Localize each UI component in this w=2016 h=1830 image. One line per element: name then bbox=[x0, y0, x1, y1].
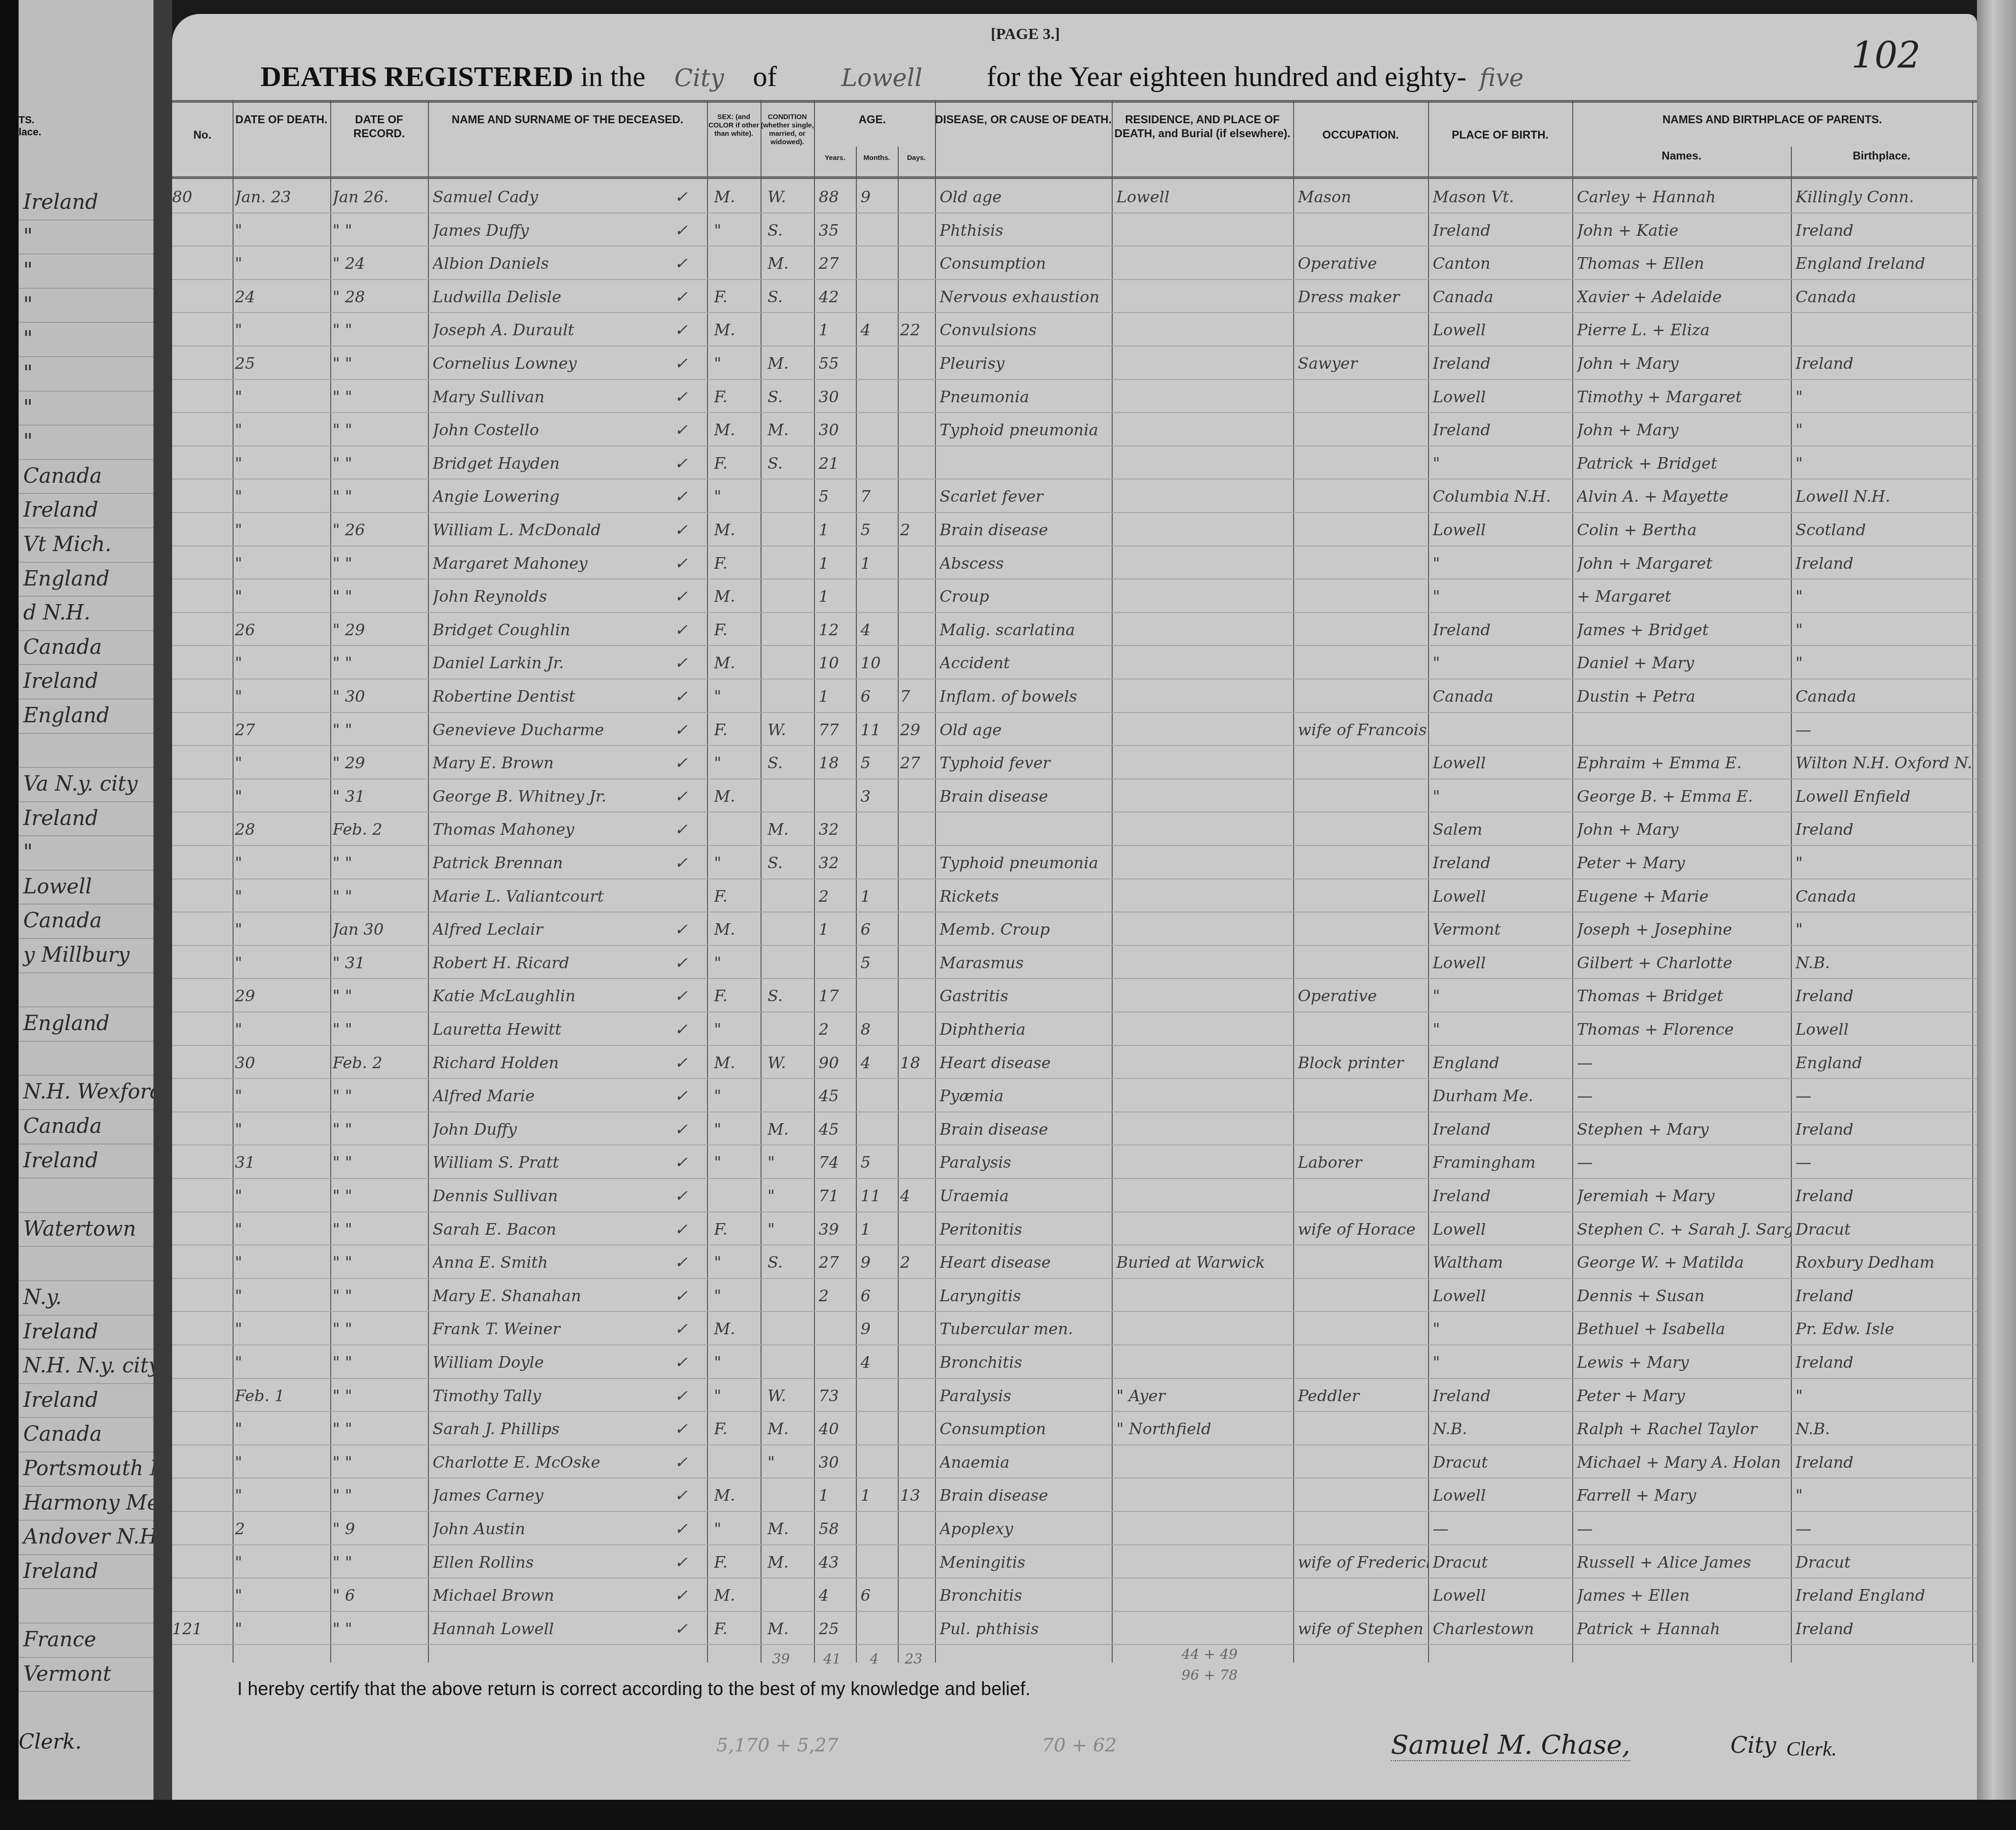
table-header: No. DATE OF DEATH. DATE OF RECORD. NAME … bbox=[172, 100, 1977, 179]
record-residence bbox=[1116, 745, 1293, 779]
record-age-years: 71 bbox=[819, 1178, 856, 1211]
record-name: Sarah E. Bacon bbox=[433, 1211, 670, 1245]
table-row: 27" "Genevieve Ducharme✓F.W.771129Old ag… bbox=[172, 712, 1977, 746]
previous-page-entry: " bbox=[19, 289, 154, 323]
record-sex: " bbox=[714, 1111, 761, 1145]
record-date-of-record: " " bbox=[333, 1278, 426, 1311]
record-parents-birthplace: Dracut bbox=[1796, 1544, 1972, 1578]
record-name: Katie McLaughlin bbox=[433, 978, 670, 1011]
header-date-of-death: DATE OF DEATH. bbox=[233, 113, 330, 127]
total-days: 23 bbox=[905, 1651, 922, 1667]
record-name: James Carney bbox=[433, 1477, 670, 1511]
record-sex: " bbox=[714, 1344, 761, 1378]
municipality-type: City bbox=[653, 64, 746, 92]
record-check-mark bbox=[674, 878, 702, 912]
record-condition bbox=[768, 645, 814, 679]
residence-tally-1: 44 + 49 bbox=[1182, 1646, 1238, 1663]
record-date-of-record: " 9 bbox=[333, 1511, 426, 1544]
record-age-days bbox=[900, 279, 935, 313]
record-name: William L. McDonald bbox=[433, 512, 670, 546]
signature-title-city: City bbox=[1730, 1732, 1776, 1758]
record-occupation: Block printer bbox=[1298, 1045, 1428, 1078]
record-place-of-birth: Lowell bbox=[1433, 1477, 1572, 1511]
record-date-of-death: " bbox=[235, 1444, 328, 1478]
record-condition: " bbox=[768, 1145, 814, 1178]
record-age-days bbox=[900, 1311, 935, 1344]
record-sex: F. bbox=[714, 612, 761, 645]
table-row: "Jan 30Alfred Leclair✓M.16Memb. CroupVer… bbox=[172, 912, 1977, 946]
table-row: "" "James Carney✓M.1113Brain diseaseLowe… bbox=[172, 1477, 1977, 1512]
record-age-months: 8 bbox=[861, 1011, 898, 1045]
header-parents-birthplace: Birthplace. bbox=[1791, 149, 1972, 163]
record-check-mark: ✓ bbox=[674, 645, 702, 679]
record-check-mark: ✓ bbox=[674, 1178, 702, 1211]
record-no bbox=[172, 912, 233, 945]
municipality-name: Lowell bbox=[784, 64, 980, 92]
record-date-of-record: " " bbox=[333, 1611, 426, 1644]
record-parents-birthplace: Canada bbox=[1796, 279, 1972, 313]
record-age-months: 4 bbox=[861, 312, 898, 346]
record-residence bbox=[1116, 412, 1293, 446]
record-parents-birthplace: Lowell Enfield bbox=[1796, 779, 1972, 812]
record-age-days bbox=[900, 779, 935, 812]
record-sex: F. bbox=[714, 878, 761, 912]
record-no bbox=[172, 1211, 233, 1245]
record-condition: W. bbox=[768, 179, 814, 213]
record-occupation bbox=[1298, 412, 1428, 446]
record-occupation bbox=[1298, 1577, 1428, 1611]
record-disease: Paralysis bbox=[940, 1145, 1112, 1178]
record-age-days bbox=[900, 346, 935, 379]
record-name: Alfred Leclair bbox=[433, 912, 670, 945]
record-parents-birthplace bbox=[1796, 312, 1972, 346]
record-occupation: Operative bbox=[1298, 246, 1428, 279]
record-date-of-death: " bbox=[235, 645, 328, 679]
record-sex: M. bbox=[714, 912, 761, 945]
record-parents-names: Lewis + Mary bbox=[1577, 1344, 1791, 1378]
record-check-mark: ✓ bbox=[674, 1111, 702, 1145]
record-no bbox=[172, 978, 233, 1011]
record-name: Marie L. Valiantcourt bbox=[433, 878, 670, 912]
record-parents-birthplace: Ireland bbox=[1796, 1344, 1972, 1378]
title-prefix: DEATHS REGISTERED bbox=[260, 61, 573, 93]
clerk-signature: Samuel M. Chase, bbox=[1391, 1730, 1630, 1761]
record-disease: Apoplexy bbox=[940, 1511, 1112, 1544]
record-place-of-birth: " bbox=[1433, 446, 1572, 479]
record-name: Ludwilla Delisle bbox=[433, 279, 670, 313]
previous-page-entry: " bbox=[19, 392, 154, 426]
record-name: William Doyle bbox=[433, 1344, 670, 1378]
record-date-of-death: " bbox=[235, 1544, 328, 1578]
record-disease bbox=[940, 446, 1112, 479]
record-residence: " Ayer bbox=[1116, 1378, 1293, 1411]
record-parents-names: Michael + Mary A. Holan bbox=[1577, 1444, 1791, 1478]
record-age-days bbox=[900, 1211, 935, 1245]
previous-page-entry: Ireland bbox=[19, 1555, 154, 1590]
record-parents-names: Dennis + Susan bbox=[1577, 1278, 1791, 1311]
record-residence bbox=[1116, 945, 1293, 978]
record-name: Lauretta Hewitt bbox=[433, 1011, 670, 1045]
record-place-of-birth: Ireland bbox=[1433, 213, 1572, 246]
record-no bbox=[172, 579, 233, 612]
record-no bbox=[172, 1511, 233, 1544]
record-parents-birthplace: England bbox=[1796, 1045, 1972, 1078]
record-age-years: 2 bbox=[819, 1278, 856, 1311]
record-condition: W. bbox=[768, 712, 814, 745]
table-row: Feb. 1" "Timothy Tally✓"W.73Paralysis" A… bbox=[172, 1378, 1977, 1412]
record-age-days bbox=[900, 1378, 935, 1411]
record-date-of-record: " " bbox=[333, 579, 426, 612]
record-parents-names: Dustin + Petra bbox=[1577, 679, 1791, 712]
record-occupation: wife of Stephen bbox=[1298, 1611, 1428, 1644]
record-place-of-birth: " bbox=[1433, 779, 1572, 812]
record-residence bbox=[1116, 812, 1293, 845]
record-age-years: 55 bbox=[819, 346, 856, 379]
record-residence bbox=[1116, 379, 1293, 413]
table-row: "" "James Duffy✓"S.35PhthisisIrelandJohn… bbox=[172, 213, 1977, 247]
record-place-of-birth: " bbox=[1433, 1011, 1572, 1045]
record-occupation bbox=[1298, 745, 1428, 779]
record-disease: Meningitis bbox=[940, 1544, 1112, 1578]
record-condition: M. bbox=[768, 346, 814, 379]
record-occupation bbox=[1298, 512, 1428, 546]
record-check-mark: ✓ bbox=[674, 712, 702, 745]
record-parents-names: Farrell + Mary bbox=[1577, 1477, 1791, 1511]
record-date-of-record: " " bbox=[333, 412, 426, 446]
record-age-years: 88 bbox=[819, 179, 856, 213]
record-residence bbox=[1116, 679, 1293, 712]
record-name: John Reynolds bbox=[433, 579, 670, 612]
record-parents-birthplace: Ireland bbox=[1796, 1111, 1972, 1145]
previous-page-entry: Watertown bbox=[19, 1213, 154, 1247]
record-residence: Buried at Warwick bbox=[1116, 1244, 1293, 1278]
record-check-mark: ✓ bbox=[674, 1078, 702, 1111]
record-date-of-record: " " bbox=[333, 1444, 426, 1478]
record-residence bbox=[1116, 912, 1293, 945]
record-name: Joseph A. Durault bbox=[433, 312, 670, 346]
record-sex: " bbox=[714, 1378, 761, 1411]
record-disease: Typhoid fever bbox=[940, 745, 1112, 779]
record-date-of-death: " bbox=[235, 1111, 328, 1145]
previous-page-entry: Ireland bbox=[19, 1145, 154, 1179]
table-row: "" 29Mary E. Brown✓"S.18527Typhoid fever… bbox=[172, 745, 1977, 779]
record-condition: M. bbox=[768, 246, 814, 279]
record-disease: Brain disease bbox=[940, 512, 1112, 546]
previous-page-entry: Canada bbox=[19, 905, 154, 939]
record-age-months: 9 bbox=[861, 1311, 898, 1344]
record-residence bbox=[1116, 1444, 1293, 1478]
record-check-mark: ✓ bbox=[674, 1011, 702, 1045]
record-sex: " bbox=[714, 845, 761, 878]
record-condition bbox=[768, 1278, 814, 1311]
record-disease: Brain disease bbox=[940, 779, 1112, 812]
record-condition bbox=[768, 1477, 814, 1511]
record-parents-birthplace: Ireland bbox=[1796, 346, 1972, 379]
record-residence bbox=[1116, 1511, 1293, 1544]
record-condition bbox=[768, 1344, 814, 1378]
record-sex bbox=[714, 812, 761, 845]
record-age-years: 10 bbox=[819, 645, 856, 679]
table-row: "" "Mary Sullivan✓F.S.30PneumoniaLowellT… bbox=[172, 379, 1977, 413]
record-date-of-death: " bbox=[235, 1411, 328, 1444]
record-name: Robertine Dentist bbox=[433, 679, 670, 712]
record-residence bbox=[1116, 546, 1293, 579]
record-age-months: 4 bbox=[861, 1344, 898, 1378]
previous-page-entry: Harmony Me. bbox=[19, 1487, 154, 1521]
record-no bbox=[172, 745, 233, 779]
record-age-years: 45 bbox=[819, 1111, 856, 1145]
record-occupation bbox=[1298, 645, 1428, 679]
record-age-days: 22 bbox=[900, 312, 935, 346]
header-occupation: OCCUPATION. bbox=[1293, 128, 1428, 142]
record-place-of-birth: Mason Vt. bbox=[1433, 179, 1572, 213]
record-name: Angie Lowering bbox=[433, 479, 670, 512]
record-sex: " bbox=[714, 1511, 761, 1544]
record-condition: M. bbox=[768, 1544, 814, 1578]
record-parents-birthplace: " bbox=[1796, 845, 1972, 878]
record-sex: M. bbox=[714, 1311, 761, 1344]
record-age-years bbox=[819, 779, 856, 812]
record-residence bbox=[1116, 479, 1293, 512]
record-residence bbox=[1116, 1577, 1293, 1611]
record-condition bbox=[768, 512, 814, 546]
record-date-of-death: " bbox=[235, 412, 328, 446]
record-date-of-record: " " bbox=[333, 1311, 426, 1344]
table-row: 24" 28Ludwilla Delisle✓F.S.42Nervous exh… bbox=[172, 279, 1977, 313]
record-name: Charlotte E. McOske bbox=[433, 1444, 670, 1478]
record-residence bbox=[1116, 878, 1293, 912]
record-age-months bbox=[861, 246, 898, 279]
record-residence bbox=[1116, 1145, 1293, 1178]
record-disease bbox=[940, 812, 1112, 845]
record-age-days bbox=[900, 379, 935, 413]
record-condition: M. bbox=[768, 1111, 814, 1145]
record-no: 80 bbox=[172, 179, 233, 213]
record-date-of-death: " bbox=[235, 679, 328, 712]
record-place-of-birth: Framingham bbox=[1433, 1145, 1572, 1178]
record-parents-birthplace: " bbox=[1796, 912, 1972, 945]
record-parents-birthplace: Canada bbox=[1796, 878, 1972, 912]
record-age-days bbox=[900, 1278, 935, 1311]
record-name: John Duffy bbox=[433, 1111, 670, 1145]
record-age-months: 1 bbox=[861, 1477, 898, 1511]
record-check-mark: ✓ bbox=[674, 978, 702, 1011]
record-place-of-birth bbox=[1433, 712, 1572, 745]
record-sex: M. bbox=[714, 412, 761, 446]
table-row: 29" "Katie McLaughlin✓F.S.17GastritisOpe… bbox=[172, 978, 1977, 1012]
record-disease: Old age bbox=[940, 712, 1112, 745]
record-age-days bbox=[900, 612, 935, 645]
record-parents-names: Gilbert + Charlotte bbox=[1577, 945, 1791, 978]
record-parents-names: John + Mary bbox=[1577, 412, 1791, 446]
record-check-mark: ✓ bbox=[674, 1411, 702, 1444]
table-row: 80Jan. 23Jan 26.Samuel Cady✓M.W.889Old a… bbox=[172, 179, 1977, 213]
record-residence bbox=[1116, 645, 1293, 679]
record-parents-birthplace: Scotland bbox=[1796, 512, 1972, 546]
record-date-of-record: " " bbox=[333, 978, 426, 1011]
record-place-of-birth: N.B. bbox=[1433, 1411, 1572, 1444]
record-name: Albion Daniels bbox=[433, 246, 670, 279]
previous-page-entry: y Millbury bbox=[19, 939, 154, 973]
record-age-months: 6 bbox=[861, 1577, 898, 1611]
record-sex: F. bbox=[714, 978, 761, 1011]
record-no bbox=[172, 779, 233, 812]
record-date-of-record: " " bbox=[333, 712, 426, 745]
record-check-mark: ✓ bbox=[674, 1444, 702, 1478]
record-parents-birthplace: Dracut bbox=[1796, 1211, 1972, 1245]
previous-page-entry: Va N.y. city bbox=[19, 768, 154, 802]
record-check-mark: ✓ bbox=[674, 1145, 702, 1178]
record-parents-names: Timothy + Margaret bbox=[1577, 379, 1791, 413]
record-no bbox=[172, 312, 233, 346]
record-residence bbox=[1116, 213, 1293, 246]
record-check-mark: ✓ bbox=[674, 612, 702, 645]
previous-page-entry: France bbox=[19, 1624, 154, 1658]
record-disease: Heart disease bbox=[940, 1244, 1112, 1278]
record-parents-names: Stephen C. + Sarah J. Sargent bbox=[1577, 1211, 1791, 1245]
previous-page-header-line1: TS. bbox=[19, 114, 41, 126]
record-age-days: 2 bbox=[900, 1244, 935, 1278]
record-disease: Heart disease bbox=[940, 1045, 1112, 1078]
record-check-mark: ✓ bbox=[674, 412, 702, 446]
record-age-days bbox=[900, 1411, 935, 1444]
record-check-mark: ✓ bbox=[674, 346, 702, 379]
record-condition bbox=[768, 1011, 814, 1045]
record-disease: Bronchitis bbox=[940, 1344, 1112, 1378]
record-age-years: 43 bbox=[819, 1544, 856, 1578]
header-no: No. bbox=[172, 128, 233, 142]
record-occupation bbox=[1298, 779, 1428, 812]
record-age-days: 27 bbox=[900, 745, 935, 779]
record-residence bbox=[1116, 1178, 1293, 1211]
record-parents-birthplace: — bbox=[1796, 1511, 1972, 1544]
record-age-months bbox=[861, 213, 898, 246]
record-age-months: 5 bbox=[861, 512, 898, 546]
record-parents-names: Xavier + Adelaide bbox=[1577, 279, 1791, 313]
record-date-of-death: " bbox=[235, 1278, 328, 1311]
record-disease: Peritonitis bbox=[940, 1211, 1112, 1245]
record-parents-birthplace: " bbox=[1796, 612, 1972, 645]
record-disease: Brain disease bbox=[940, 1111, 1112, 1145]
table-row: "" "Ellen Rollins✓F.M.43Meningitiswife o… bbox=[172, 1544, 1977, 1579]
record-age-months: 5 bbox=[861, 1145, 898, 1178]
previous-page-entry: Vermont bbox=[19, 1658, 154, 1692]
table-row: "" "Sarah J. Phillips✓F.M.40Consumption"… bbox=[172, 1411, 1977, 1445]
record-age-years: 1 bbox=[819, 579, 856, 612]
record-parents-names: — bbox=[1577, 1145, 1791, 1178]
record-occupation bbox=[1298, 579, 1428, 612]
table-row: 26" 29Bridget Coughlin✓F.124Malig. scarl… bbox=[172, 612, 1977, 646]
record-age-years: 1 bbox=[819, 1477, 856, 1511]
record-date-of-death: " bbox=[235, 546, 328, 579]
previous-page-entry: England bbox=[19, 699, 154, 734]
table-row: "" 30Robertine Dentist✓"167Inflam. of bo… bbox=[172, 679, 1977, 713]
record-parents-birthplace: " bbox=[1796, 412, 1972, 446]
record-date-of-death: " bbox=[235, 479, 328, 512]
signature-title-clerk: Clerk. bbox=[1786, 1737, 1837, 1761]
record-name: Robert H. Ricard bbox=[433, 945, 670, 978]
record-sex: M. bbox=[714, 1477, 761, 1511]
record-age-months bbox=[861, 446, 898, 479]
previous-page-entry: Canada bbox=[19, 460, 154, 494]
record-age-years: 1 bbox=[819, 512, 856, 546]
record-condition: W. bbox=[768, 1378, 814, 1411]
record-condition bbox=[768, 479, 814, 512]
record-name: Genevieve Ducharme bbox=[433, 712, 670, 745]
record-age-years: 74 bbox=[819, 1145, 856, 1178]
record-sex: " bbox=[714, 1278, 761, 1311]
record-place-of-birth: Lowell bbox=[1433, 1577, 1572, 1611]
record-age-months bbox=[861, 1078, 898, 1111]
record-sex: M. bbox=[714, 1577, 761, 1611]
record-age-months bbox=[861, 412, 898, 446]
record-date-of-death: Jan. 23 bbox=[235, 179, 328, 213]
record-parents-names: Colin + Bertha bbox=[1577, 512, 1791, 546]
table-row: 121"" "Hannah Lowell✓F.M.25Pul. phthisis… bbox=[172, 1611, 1977, 1645]
record-date-of-death: " bbox=[235, 379, 328, 413]
record-name: Patrick Brennan bbox=[433, 845, 670, 878]
table-row: "" "Mary E. Shanahan✓"26LaryngitisLowell… bbox=[172, 1278, 1977, 1312]
record-name: Anna E. Smith bbox=[433, 1244, 670, 1278]
record-age-days bbox=[900, 1111, 935, 1145]
record-parents-birthplace: " bbox=[1796, 379, 1972, 413]
record-place-of-birth: Columbia N.H. bbox=[1433, 479, 1572, 512]
record-name: Richard Holden bbox=[433, 1045, 670, 1078]
record-no bbox=[172, 1477, 233, 1511]
record-check-mark: ✓ bbox=[674, 1511, 702, 1544]
record-occupation bbox=[1298, 379, 1428, 413]
table-row: "" 31Robert H. Ricard✓"5MarasmusLowellGi… bbox=[172, 945, 1977, 979]
record-age-days: 18 bbox=[900, 1045, 935, 1078]
record-date-of-death: 26 bbox=[235, 612, 328, 645]
record-age-years: 27 bbox=[819, 1244, 856, 1278]
record-condition bbox=[768, 1311, 814, 1344]
record-check-mark: ✓ bbox=[674, 579, 702, 612]
record-age-days: 2 bbox=[900, 512, 935, 546]
record-age-days bbox=[900, 1444, 935, 1478]
record-parents-birthplace: England Ireland bbox=[1796, 246, 1972, 279]
record-date-of-record: " " bbox=[333, 379, 426, 413]
record-parents-birthplace: " bbox=[1796, 579, 1972, 612]
record-parents-names: Russell + Alice James bbox=[1577, 1544, 1791, 1578]
record-age-years: 39 bbox=[819, 1211, 856, 1245]
record-age-months: 10 bbox=[861, 645, 898, 679]
record-occupation bbox=[1298, 912, 1428, 945]
record-date-of-death: " bbox=[235, 1178, 328, 1211]
record-name: Dennis Sullivan bbox=[433, 1178, 670, 1211]
previous-page-header: TS. lace. bbox=[19, 114, 41, 138]
record-age-months bbox=[861, 1544, 898, 1578]
record-condition: " bbox=[768, 1178, 814, 1211]
page-label: [PAGE 3.] bbox=[991, 26, 1060, 43]
record-date-of-death: " bbox=[235, 912, 328, 945]
record-parents-names: Patrick + Bridget bbox=[1577, 446, 1791, 479]
record-date-of-death: 29 bbox=[235, 978, 328, 1011]
record-date-of-record: " 24 bbox=[333, 246, 426, 279]
record-place-of-birth: Lowell bbox=[1433, 1211, 1572, 1245]
record-place-of-birth: Ireland bbox=[1433, 612, 1572, 645]
record-parents-birthplace: Ireland bbox=[1796, 1278, 1972, 1311]
table-row: "" "Joseph A. Durault✓M.1422ConvulsionsL… bbox=[172, 312, 1977, 346]
record-place-of-birth: Ireland bbox=[1433, 845, 1572, 878]
record-sex: M. bbox=[714, 1045, 761, 1078]
record-check-mark: ✓ bbox=[674, 745, 702, 779]
record-sex: F. bbox=[714, 1544, 761, 1578]
table-row: "" 31George B. Whitney Jr.✓M.3Brain dise… bbox=[172, 779, 1977, 813]
record-disease: Marasmus bbox=[940, 945, 1112, 978]
record-condition: " bbox=[768, 1444, 814, 1478]
previous-page-entry: Ireland bbox=[19, 802, 154, 837]
